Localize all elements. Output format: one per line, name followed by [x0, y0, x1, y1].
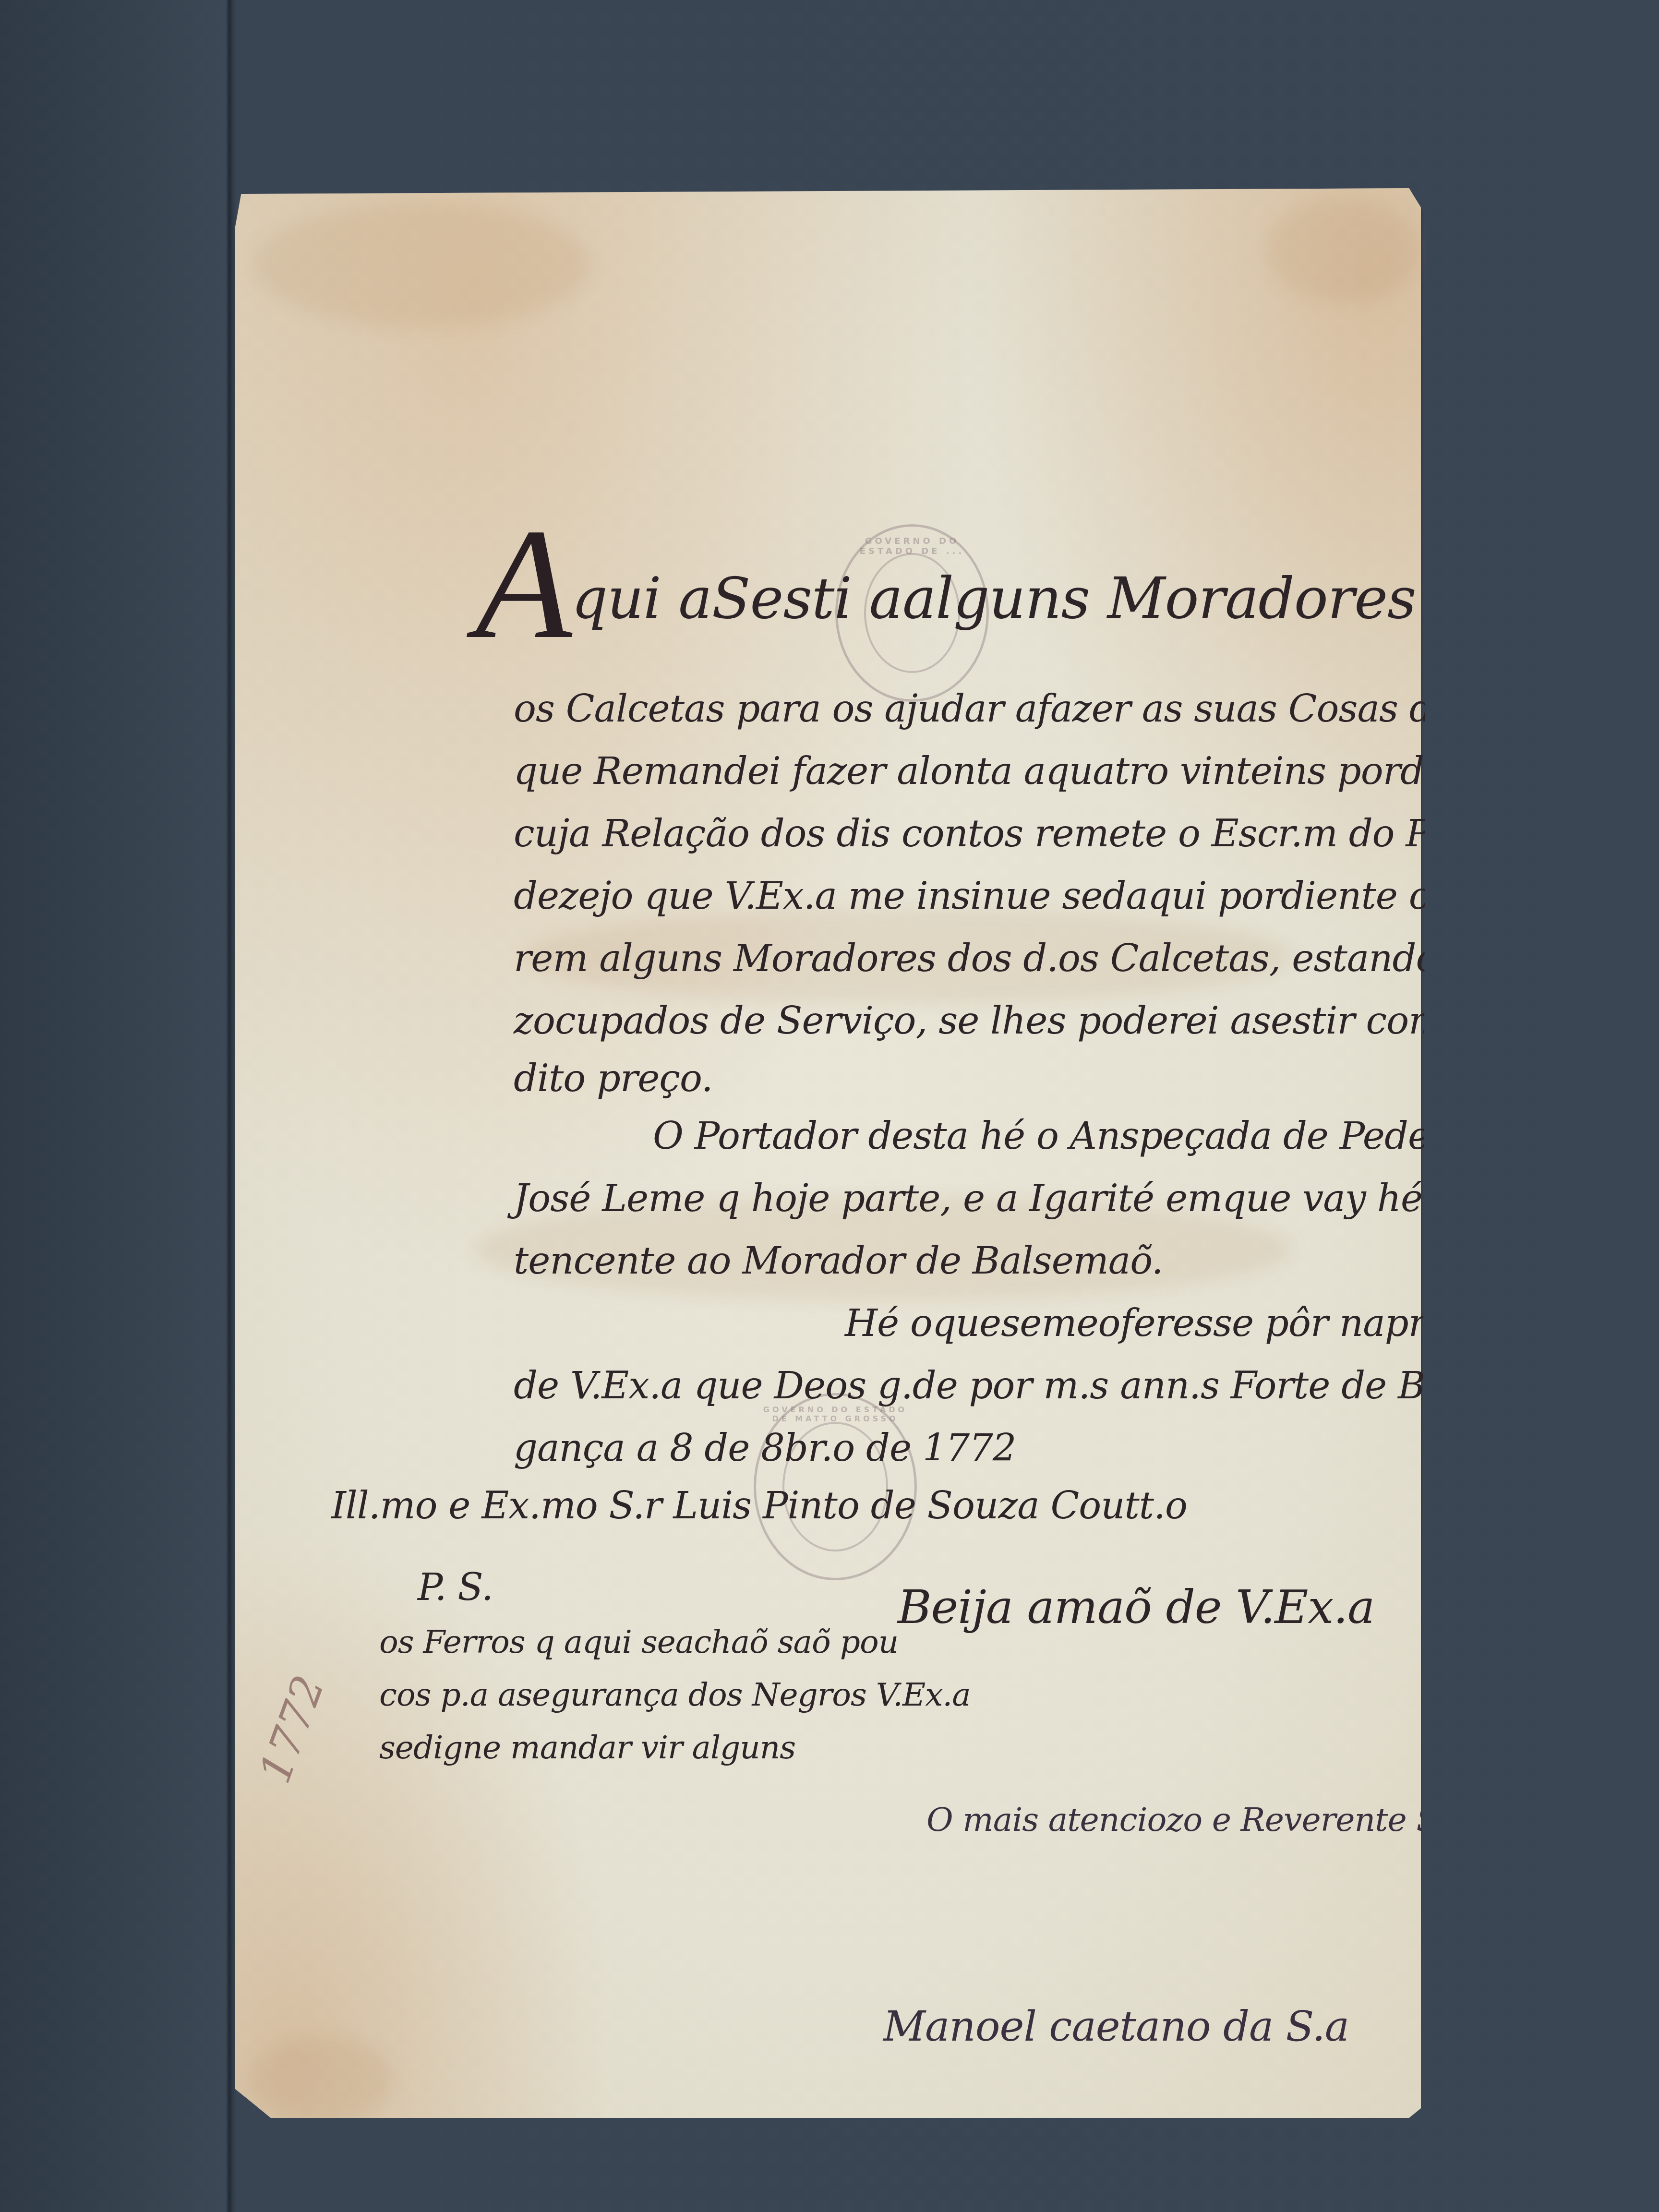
letter-line: os Calcetas para os ajudar afazer as sua…	[514, 687, 1455, 731]
letter-line: O Portador desta hé o Anspeçada de Pedes…	[653, 1115, 1521, 1158]
letter-date-line: gança a 8 de 8br.o de 1772	[514, 1427, 1016, 1470]
margin-archive-note: 1772	[250, 1669, 335, 1790]
decorative-initial: A	[475, 496, 572, 672]
postscript-label: P. S.	[418, 1566, 493, 1609]
foxing-stain	[1267, 198, 1421, 303]
letter-line: José Leme q hoje parte, e a Igarité emqu…	[514, 1177, 1496, 1220]
postscript-line: sedigne mandar vir alguns	[379, 1729, 795, 1766]
letter-line: dezejo que V.Ex.a me insinue sedaqui por…	[514, 875, 1531, 918]
letter-opening-line: Aqui aSesti aalguns Moradores com	[475, 505, 1551, 663]
folder-fold-line	[228, 0, 231, 2212]
foxing-stain	[254, 203, 590, 327]
letter-line: que Remandei fazer alonta aquatro vintei…	[514, 750, 1469, 793]
foxing-stain	[250, 2036, 394, 2123]
signature: Manoel caetano da S.a	[883, 2003, 1349, 2051]
letter-line: Hé oquesemeoferesse pôr naprez.ça	[845, 1302, 1520, 1345]
closing-salutation: Beija amaõ de V.Ex.a	[898, 1580, 1374, 1634]
postscript-line: cos p.a asegurança dos Negros V.Ex.a	[379, 1676, 971, 1713]
letter-line: qui aSesti aalguns Moradores com	[572, 565, 1552, 631]
postscript-line: os Ferros q aqui seachaõ saõ pou	[379, 1623, 898, 1660]
letter-line: cuja Relação dos dis contos remete o Esc…	[514, 812, 1577, 855]
letter-line: dito preço.	[514, 1057, 712, 1100]
letter-line: tencente ao Morador de Balsemaõ.	[514, 1239, 1163, 1283]
manuscript-page: GOVERNO DO ESTADO DE ... GOVERNO DO ESTA…	[235, 188, 1421, 2118]
addressee-line: Ill.mo e Ex.mo S.r Luis Pinto de Souza C…	[331, 1484, 1187, 1527]
letter-line: de V.Ex.a que Deos g.de por m.s ann.s Fo…	[514, 1364, 1464, 1407]
letter-line: rem alguns Moradores dos d.os Calcetas, …	[514, 937, 1494, 980]
stamp-text: GOVERNO DO ESTADO DE MATTO GROSSO	[756, 1405, 914, 1423]
